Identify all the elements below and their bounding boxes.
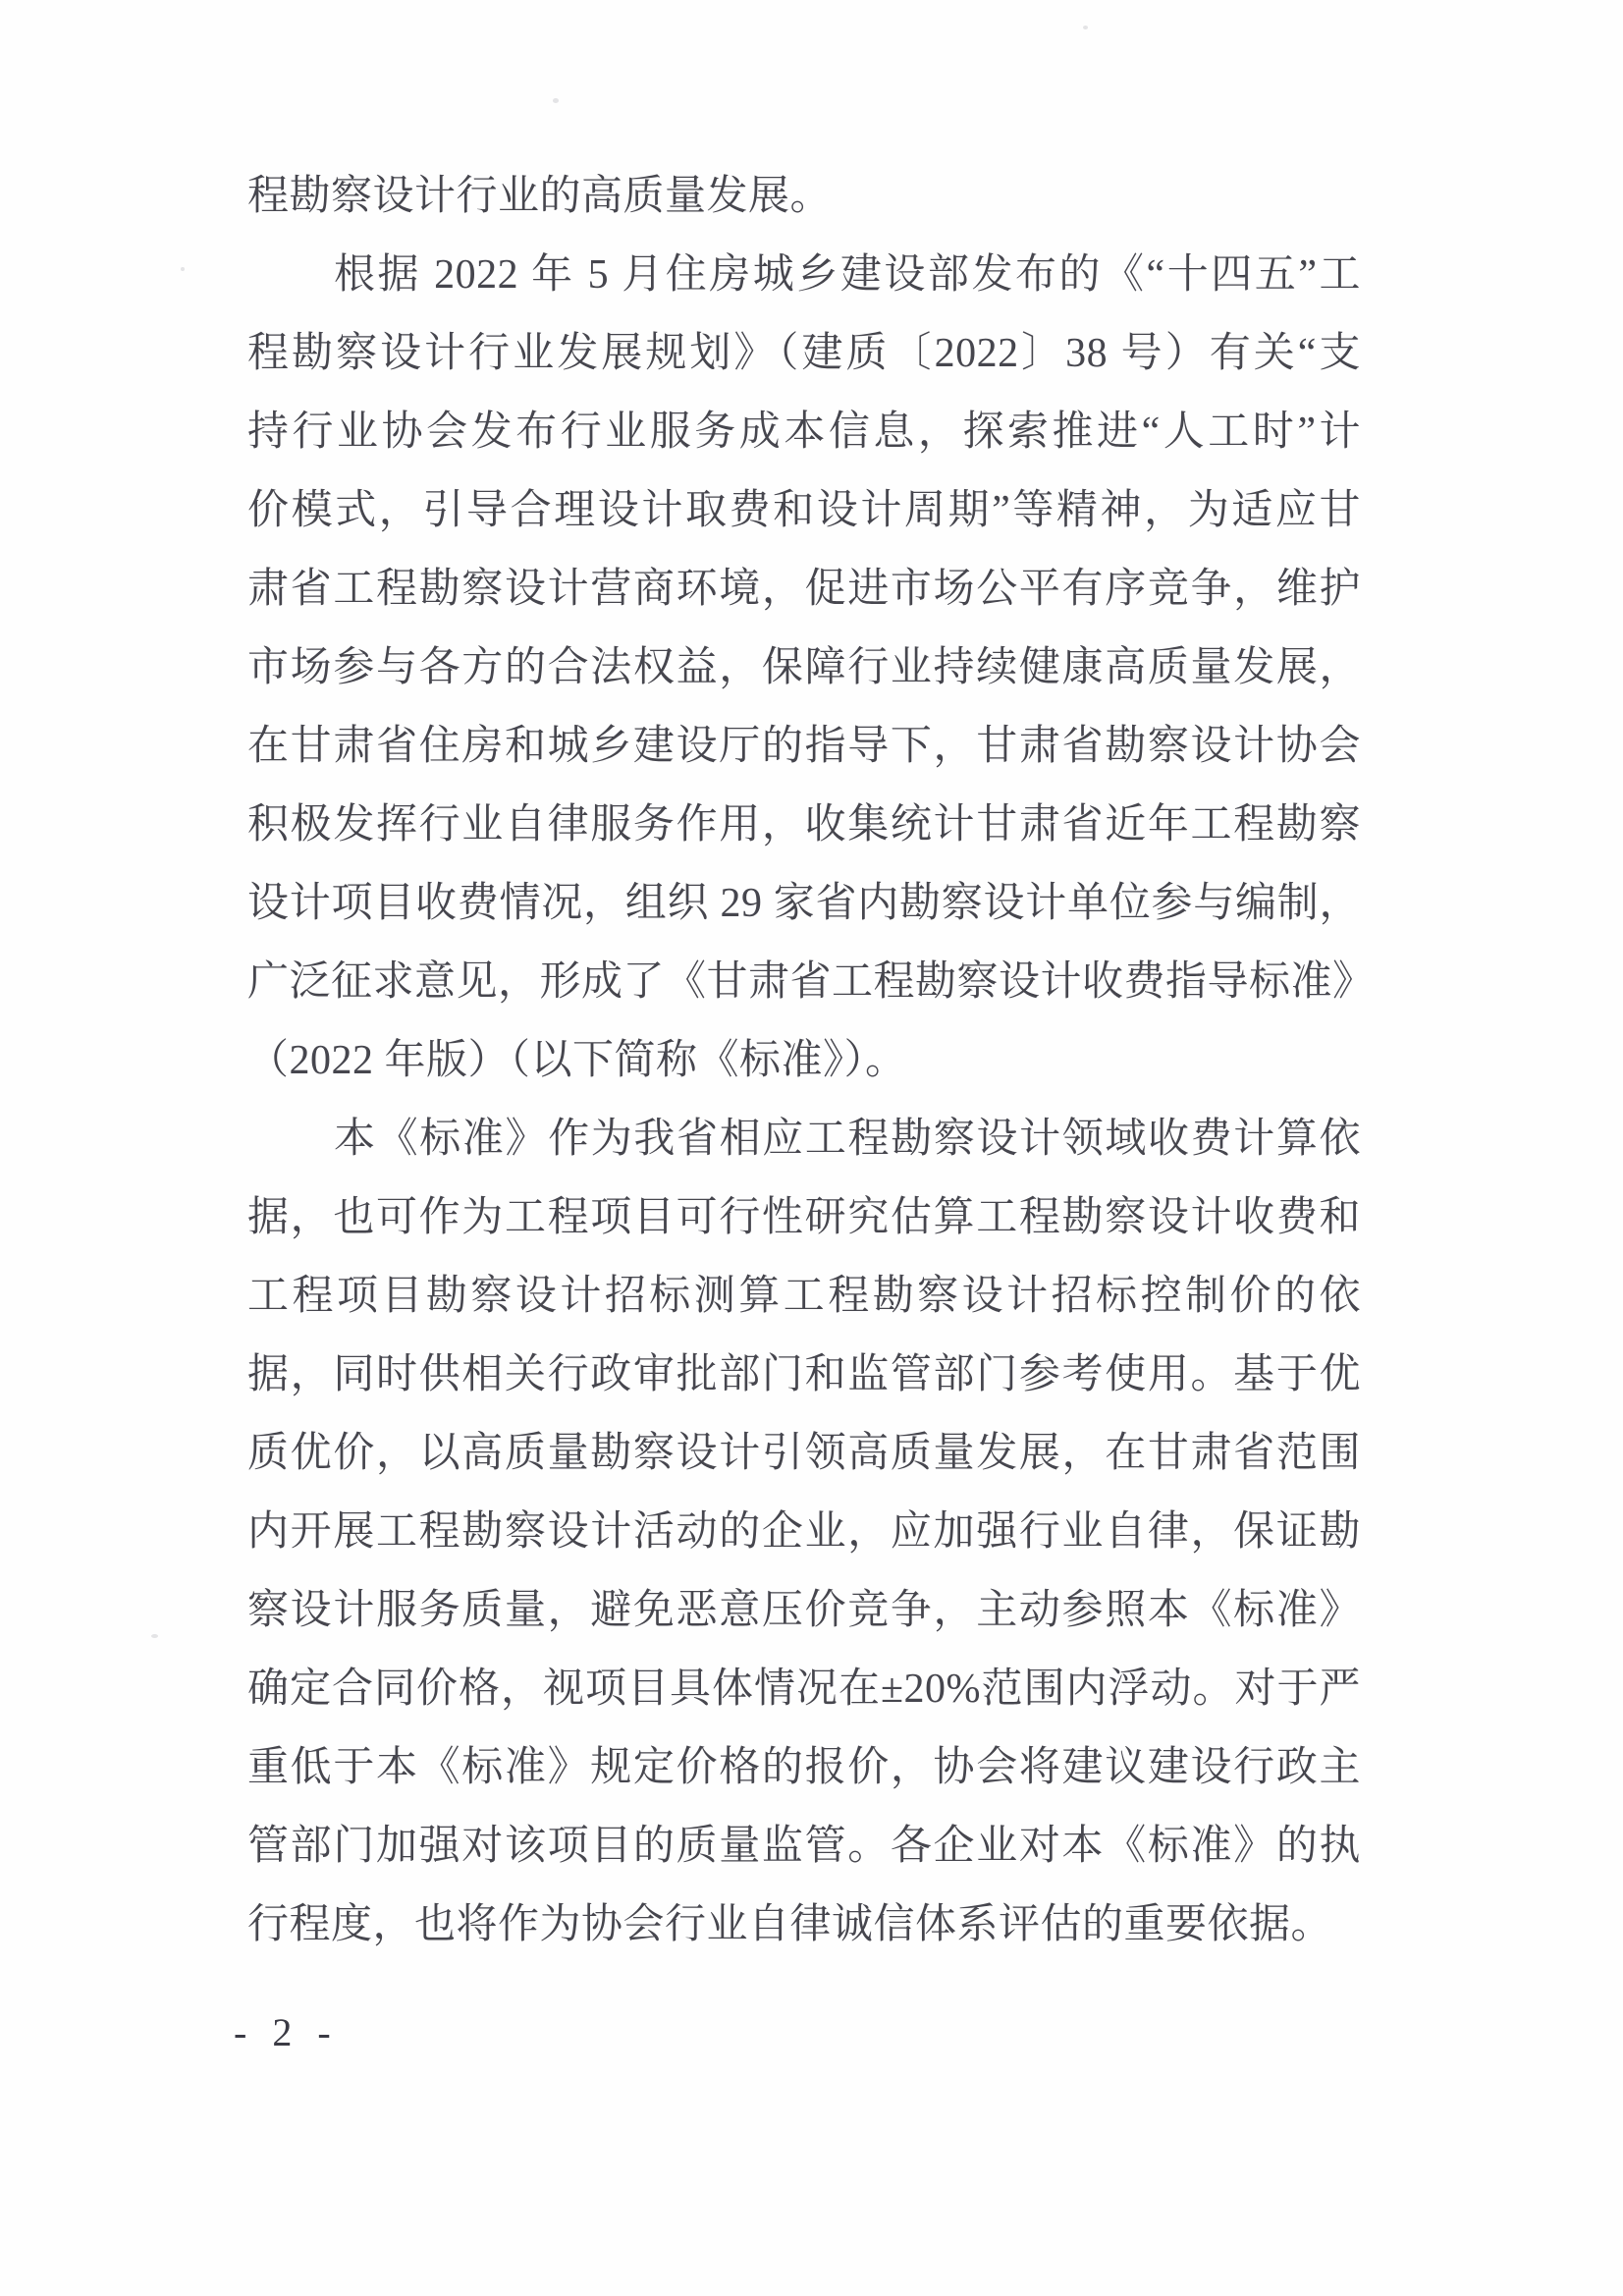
document-page: 程勘察设计行业的高质量发展。 根据 2022 年 5 月住房城乡建设部发布的《“… (0, 0, 1623, 2296)
text-line: 确定合同价格，视项目具体情况在±20%范围内浮动。对于严 (247, 1650, 1361, 1728)
text-line: 质优价，以高质量勘察设计引领高质量发展，在甘肃省范围 (247, 1414, 1361, 1493)
text-line: 本《标准》作为我省相应工程勘察设计领域收费计算依 (247, 1100, 1361, 1178)
text-line: 持行业协会发布行业服务成本信息，探索推进“人工时”计 (247, 393, 1361, 471)
text-line: 管部门加强对该项目的质量监管。各企业对本《标准》的执 (247, 1807, 1361, 1886)
text-line: 工程项目勘察设计招标测算工程勘察设计招标控制价的依 (247, 1257, 1361, 1336)
text-line: 行程度，也将作为协会行业自律诚信体系评估的重要依据。 (247, 1886, 1361, 1964)
text-line: 程勘察设计行业的高质量发展。 (247, 157, 1361, 236)
scan-speck (553, 98, 559, 103)
text-line: 据，同时供相关行政审批部门和监管部门参考使用。基于优 (247, 1336, 1361, 1414)
scan-speck (151, 1634, 158, 1638)
text-line: 广泛征求意见，形成了《甘肃省工程勘察设计收费指导标准》 (247, 943, 1361, 1021)
text-line: 肃省工程勘察设计营商环境，促进市场公平有序竞争，维护 (247, 550, 1361, 629)
text-line: 市场参与各方的合法权益，保障行业持续健康高质量发展， (247, 629, 1361, 707)
page-number: - 2 - (234, 2009, 339, 2056)
text-line: 积极发挥行业自律服务作用，收集统计甘肃省近年工程勘察 (247, 786, 1361, 864)
text-line: 程勘察设计行业发展规划》（建质〔2022〕38 号）有关“支 (247, 314, 1361, 393)
text-line: 察设计服务质量，避免恶意压价竞争，主动参照本《标准》 (247, 1571, 1361, 1650)
text-line: 重低于本《标准》规定价格的报价，协会将建议建设行政主 (247, 1728, 1361, 1807)
scan-speck (181, 267, 185, 271)
body-text: 程勘察设计行业的高质量发展。 根据 2022 年 5 月住房城乡建设部发布的《“… (247, 157, 1361, 1964)
text-line: 在甘肃省住房和城乡建设厅的指导下，甘肃省勘察设计协会 (247, 707, 1361, 786)
text-line: 设计项目收费情况，组织 29 家省内勘察设计单位参与编制， (247, 864, 1361, 943)
text-line: 内开展工程勘察设计活动的企业，应加强行业自律，保证勘 (247, 1493, 1361, 1571)
text-line: （2022 年版）（以下简称《标准》）。 (247, 1021, 1361, 1100)
text-line: 据，也可作为工程项目可行性研究估算工程勘察设计收费和 (247, 1178, 1361, 1257)
text-line: 价模式，引导合理设计取费和设计周期”等精神，为适应甘 (247, 471, 1361, 550)
scan-speck (1083, 26, 1088, 29)
text-line: 根据 2022 年 5 月住房城乡建设部发布的《“十四五”工 (247, 236, 1361, 314)
